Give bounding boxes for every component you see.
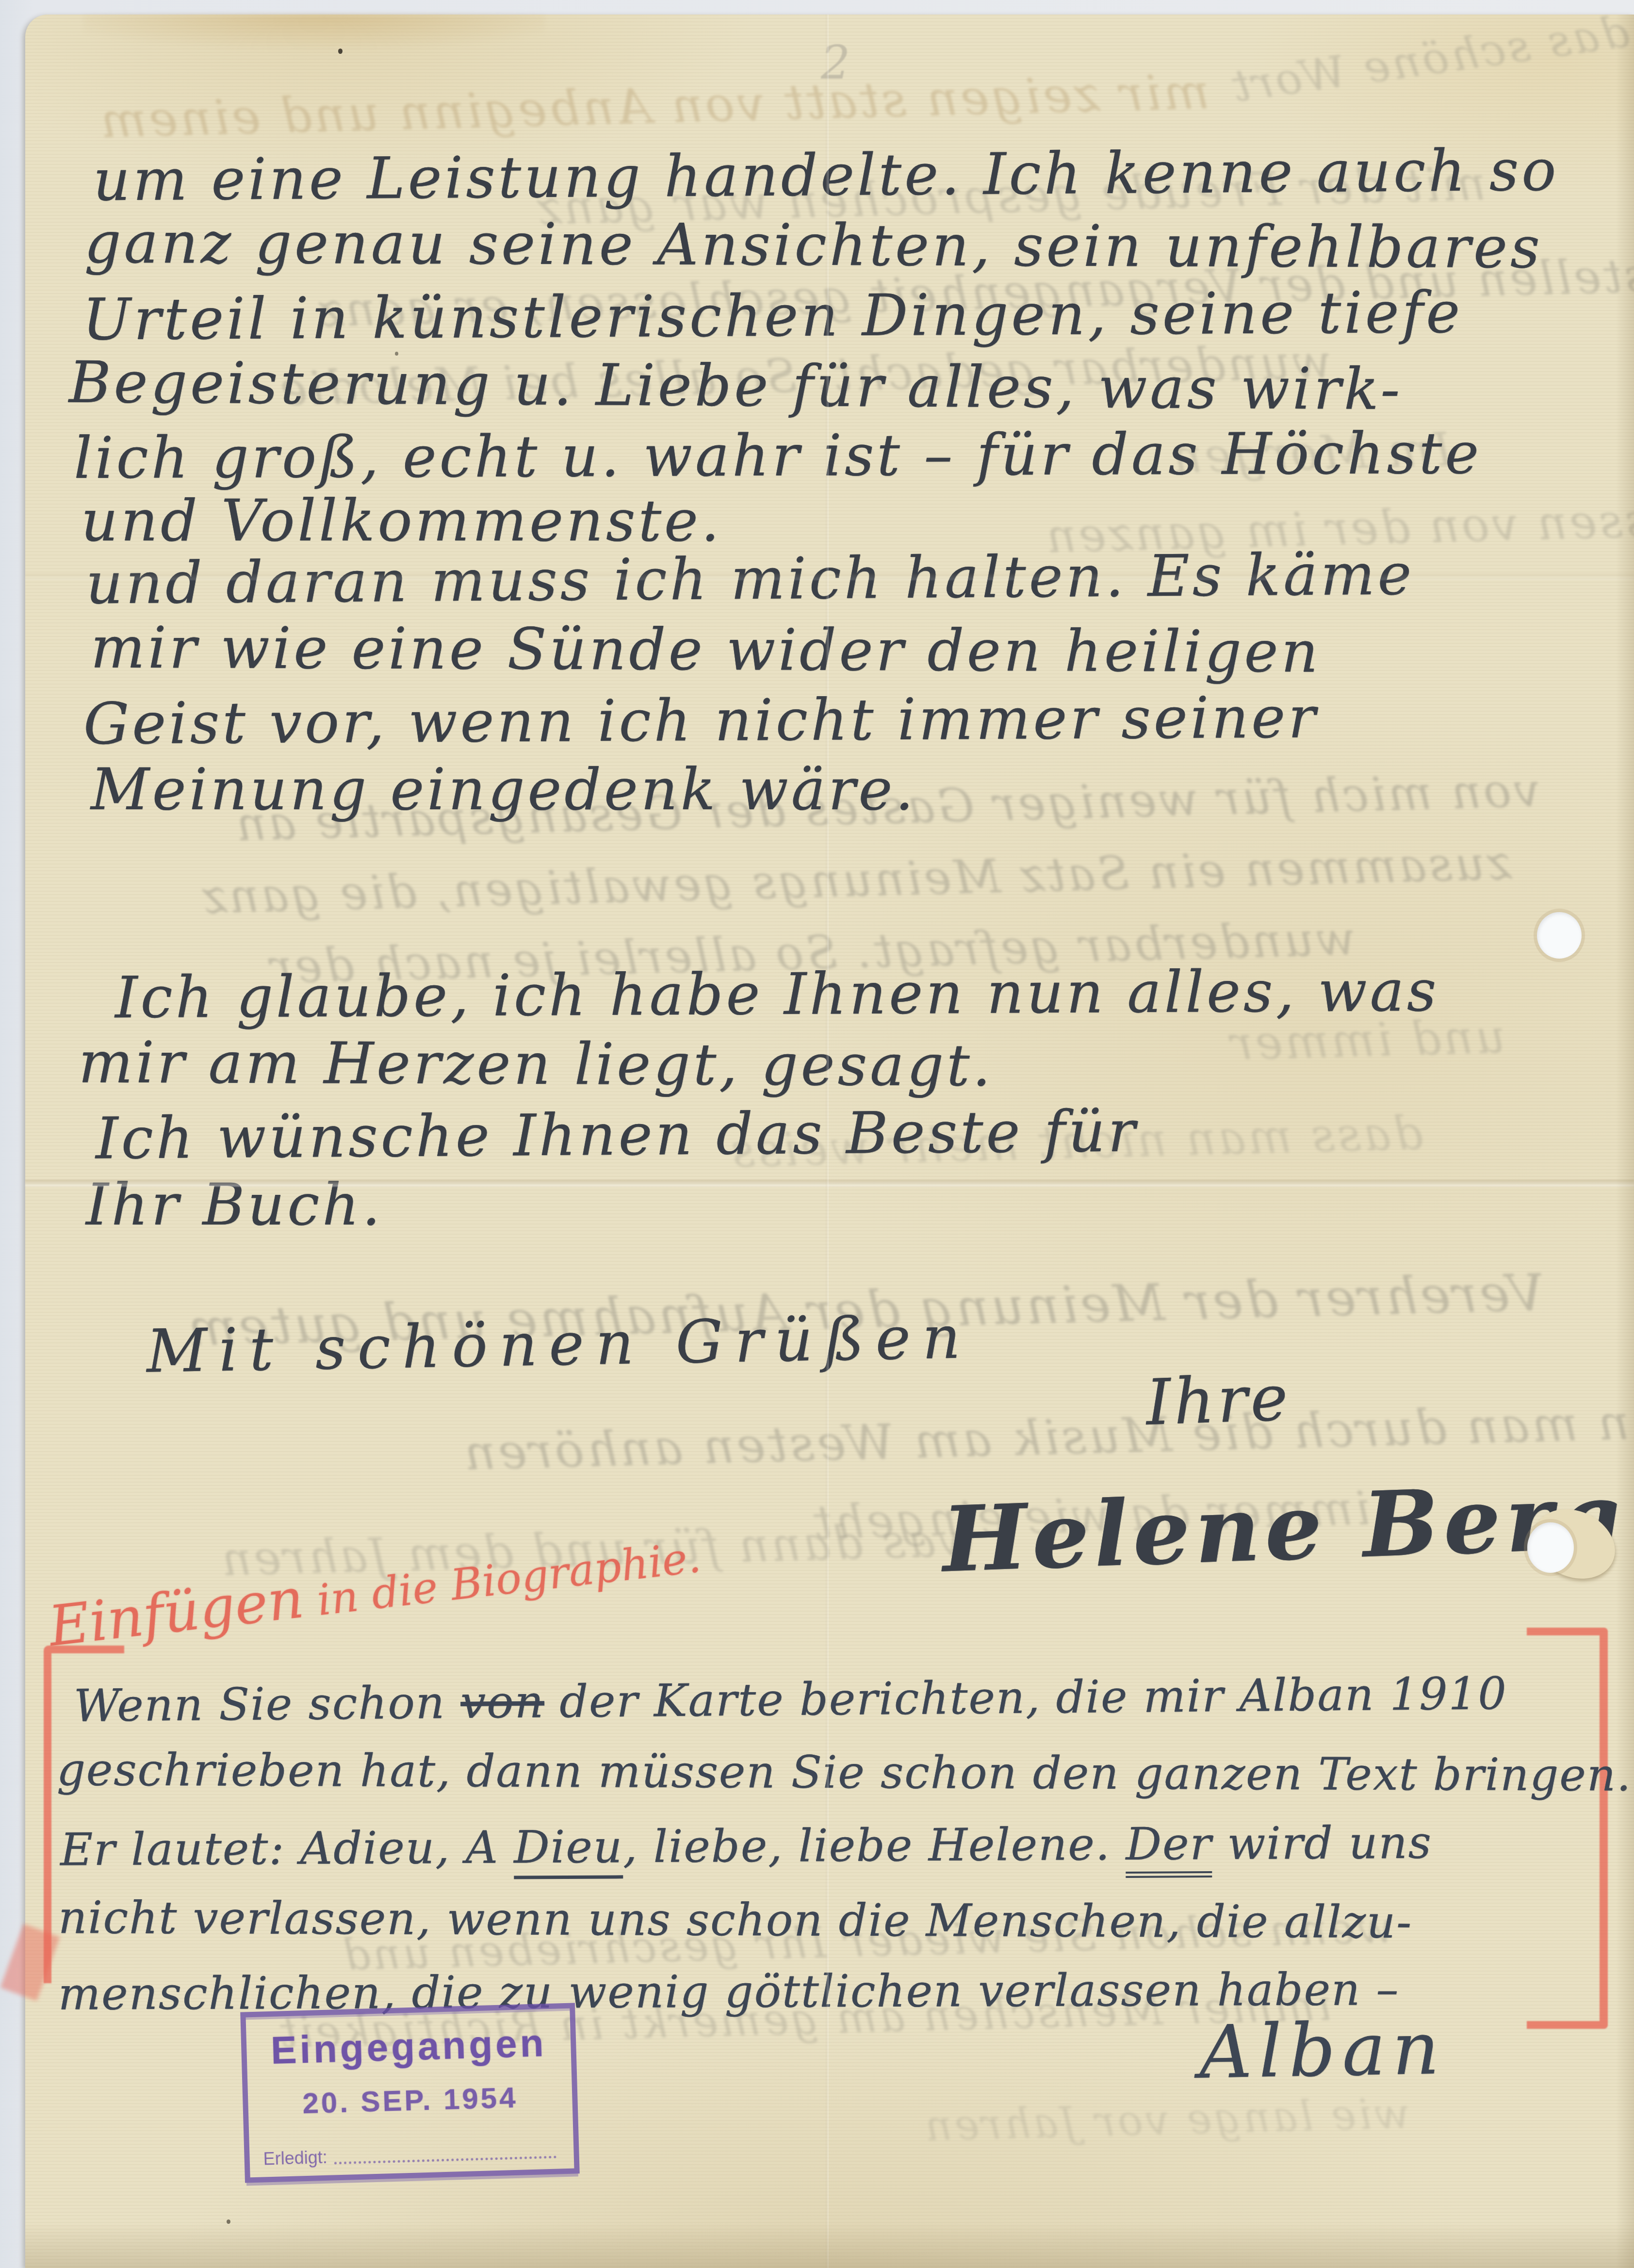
bleedthrough-line: wie lange vor Jahren (922, 2089, 1410, 2151)
bleedthrough-line: mir zeigen statt von Anbeginn und einem (98, 63, 1210, 149)
body-line: ganz genau seine Ansichten, sein unfehlb… (84, 209, 1543, 281)
stamp-done-label: Erledigt: (263, 2147, 327, 2170)
ink-speck (395, 352, 398, 356)
postscript-text: wird uns (1212, 1817, 1432, 1870)
body-line: Urteil in künstlerischen Dingen, seine t… (82, 279, 1463, 353)
bleedthrough-line: zusammen ein Satz Meinungs gewaltigen, d… (199, 837, 1512, 925)
ink-speck (338, 49, 343, 54)
letter-page: mir zeigen statt von Anbeginn und einem … (25, 15, 1634, 2268)
red-bracket-right (1527, 1628, 1608, 2029)
hole-punch-bottom (1527, 1522, 1574, 1573)
bleedthrough-line: das schöne Wort (1227, 6, 1633, 113)
signature-helene-berg: Helene Berg (941, 1463, 1627, 1592)
signature-alban: Alban (1199, 2007, 1447, 2095)
closing-salutation: Mit schönen Grüßen (146, 1303, 973, 1386)
received-stamp: Eingegangen 20. SEP. 1954 Erledigt: (240, 2003, 580, 2183)
closing-pronoun: Ihre (1144, 1361, 1291, 1439)
paper-edge-shadow-bottom (25, 2222, 1634, 2268)
paper-edge-shadow-right (1616, 15, 1634, 2268)
body-line: mir wie eine Sünde wider den heiligen (91, 614, 1321, 685)
stamp-date: 20. SEP. 1954 (302, 2081, 518, 2120)
postscript-underlined-dieu: Dieu (514, 1821, 623, 1879)
stamp-dotted-line (334, 2156, 556, 2165)
postscript-text: Wenn Sie schon (74, 1677, 461, 1732)
postscript-struck-word: von (460, 1676, 545, 1729)
hole-punch-top (1537, 912, 1582, 959)
fold-crease (25, 1180, 1634, 1187)
center-fold (826, 15, 829, 2268)
postscript-double-underlined-der: Der (1126, 1818, 1212, 1878)
postscript-text: , liebe, liebe Helene. (623, 1818, 1126, 1873)
postscript-text: der Karte berichten, die mir Alban 1910 (544, 1667, 1507, 1728)
body-line: Ich glaube, ich habe Ihnen nun alles, wa… (115, 957, 1439, 1031)
postscript-line: Er lautet: Adieu, A Dieu, liebe, liebe H… (60, 1817, 1432, 1876)
bleedthrough-line: so kann man durch die Musik am Westen an… (461, 1389, 1634, 1481)
stamp-done-row: Erledigt: (263, 2140, 560, 2169)
body-line: und Vollkommenste. (81, 487, 722, 554)
postscript-line: nicht verlassen, wenn uns schon die Mens… (58, 1892, 1413, 1948)
body-line: Geist vor, wenn ich nicht immer seiner (83, 684, 1319, 757)
body-line: Begeisterung u. Liebe für alles, was wir… (69, 349, 1403, 423)
postscript-text: Er lautet: Adieu, A (60, 1822, 514, 1876)
body-line: mir am Herzen liegt, gesagt. (79, 1029, 994, 1099)
postscript-line: Wenn Sie schon von der Karte berichten, … (74, 1667, 1508, 1732)
fold-crease-faint (25, 573, 1634, 580)
postscript-line: geschrieben hat, dann müssen Sie schon d… (57, 1744, 1632, 1801)
body-line: Ich wünsche Ihnen das Beste für (96, 1098, 1139, 1172)
paper-stain (83, 15, 544, 51)
body-line: Meinung eingedenk wäre. (91, 756, 916, 823)
stamp-received-label: Eingegangen (270, 2021, 547, 2073)
body-line: lich groß, echt u. wahr ist – für das Hö… (74, 420, 1482, 491)
